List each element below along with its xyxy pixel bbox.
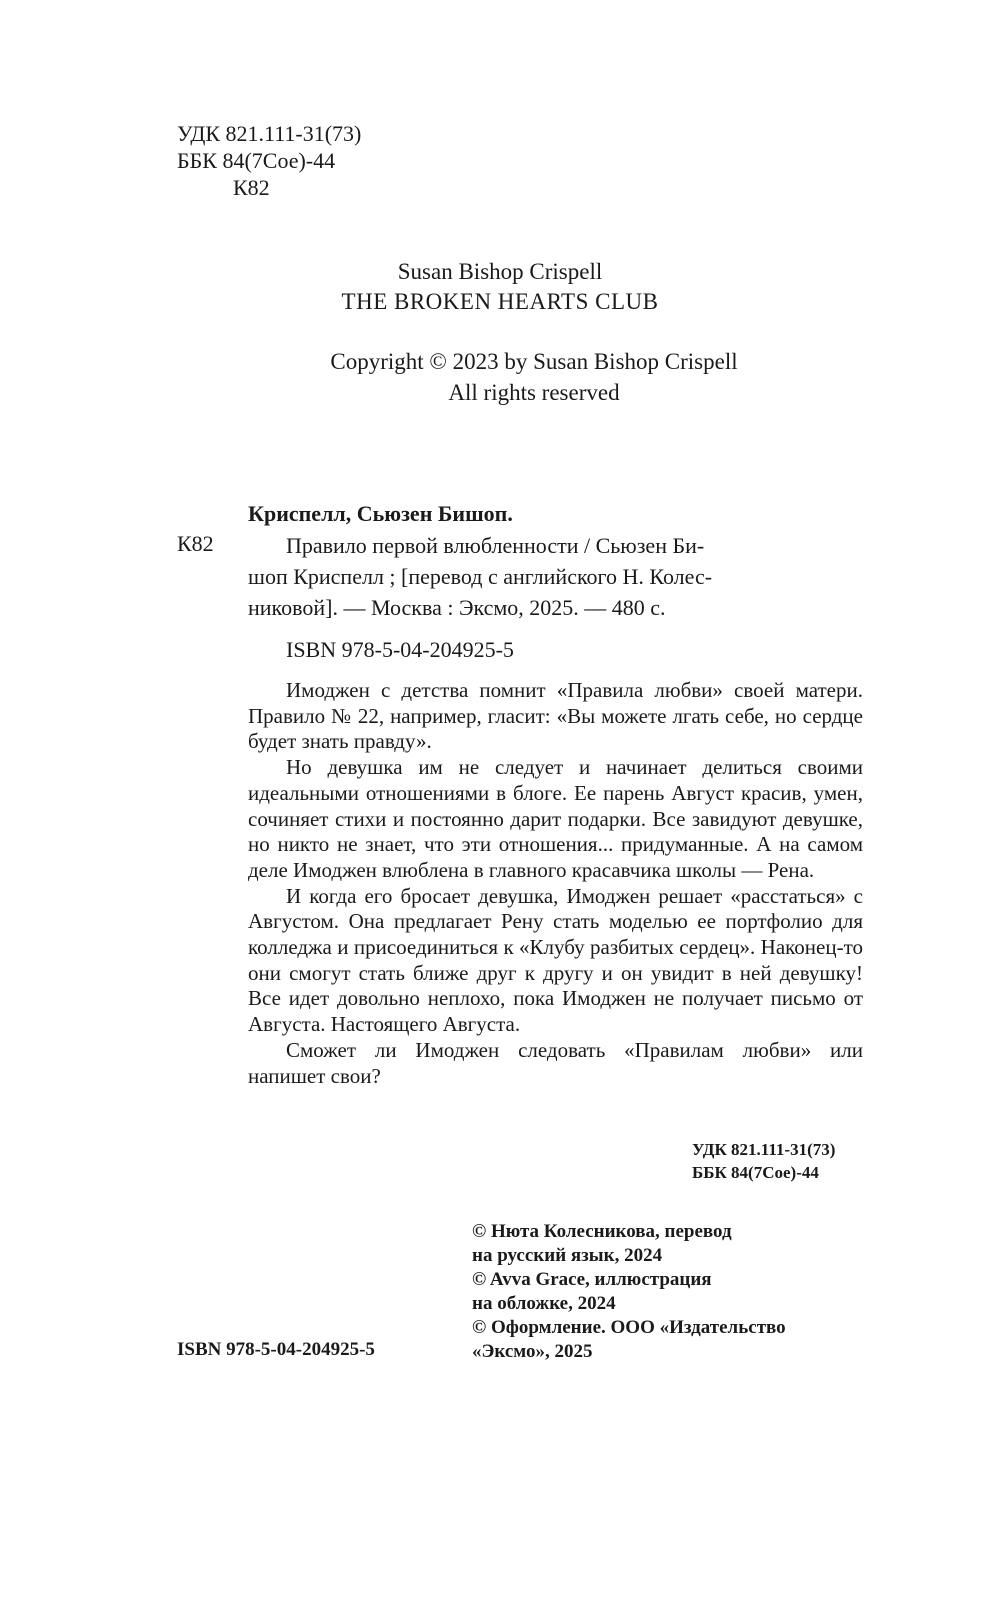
bbk-code: ББК 84(7Сое)-44 bbox=[177, 147, 361, 174]
annotation-paragraph: Но девушка им не следует и начинает дели… bbox=[248, 755, 863, 884]
bibliographic-description: Правило первой влюбленности / Сьюзен Би-… bbox=[248, 530, 863, 623]
author-mark: К82 bbox=[177, 174, 361, 201]
copyright-notice-line: на обложке, 2024 bbox=[496, 1292, 786, 1316]
copyright-notice-line: © Avva Grace, иллюстрация bbox=[496, 1268, 786, 1292]
original-title: THE BROKEN HEARTS CLUB bbox=[0, 287, 1000, 317]
udk-code-bottom: УДК 821.111-31(73) bbox=[692, 1138, 835, 1161]
annotation-paragraph: Сможет ли Имоджен следовать «Правилам лю… bbox=[248, 1038, 863, 1089]
bbk-code-bottom: ББК 84(7Сое)-44 bbox=[692, 1161, 835, 1184]
isbn-bottom: ISBN 978-5-04-204925-5 bbox=[177, 1338, 375, 1362]
original-copyright: Copyright © 2023 by Susan Bishop Crispel… bbox=[0, 346, 1000, 408]
copyright-line: Copyright © 2023 by Susan Bishop Crispel… bbox=[0, 346, 1000, 377]
copyright-notice-line: © Оформление. ООО «Издательство bbox=[496, 1316, 786, 1340]
copyright-notice-line: © Нюта Колесникова, перевод bbox=[496, 1220, 786, 1244]
classification-bottom: УДК 821.111-31(73) ББК 84(7Сое)-44 bbox=[692, 1138, 835, 1184]
annotation-paragraph: И когда его бросает девушка, Имоджен реш… bbox=[248, 884, 863, 1038]
udk-code: УДК 821.111-31(73) bbox=[177, 120, 361, 147]
bib-line: никовой]. — Москва : Эксмо, 2025. — 480 … bbox=[248, 592, 863, 623]
author-mark-side: К82 bbox=[177, 530, 214, 558]
copyright-notices: © Нюта Колесникова, перевод на русский я… bbox=[472, 1220, 786, 1364]
bib-line: шоп Криспелл ; [перевод с английского Н.… bbox=[248, 561, 863, 592]
rights-line: All rights reserved bbox=[0, 377, 1000, 408]
author-heading: Криспелл, Сьюзен Бишоп. bbox=[248, 500, 513, 528]
original-author: Susan Bishop Crispell bbox=[0, 257, 1000, 287]
copyright-notice-line: на русский язык, 2024 bbox=[496, 1244, 786, 1268]
isbn-record: ISBN 978-5-04-204925-5 bbox=[286, 636, 514, 664]
copyright-notice: © Оформление. ООО «Издательство «Эксмо»,… bbox=[472, 1316, 786, 1364]
annotation-paragraph: Имоджен с детства помнит «Правила любви»… bbox=[248, 678, 863, 755]
bib-line: Правило первой влюбленности / Сьюзен Би- bbox=[248, 530, 863, 561]
classification-top: УДК 821.111-31(73) ББК 84(7Сое)-44 К82 bbox=[177, 120, 361, 201]
copyright-notice-line: «Эксмо», 2025 bbox=[496, 1340, 786, 1364]
copyright-notice: © Avva Grace, иллюстрация на обложке, 20… bbox=[472, 1268, 786, 1316]
copyright-notice: © Нюта Колесникова, перевод на русский я… bbox=[472, 1220, 786, 1268]
original-edition: Susan Bishop Crispell THE BROKEN HEARTS … bbox=[0, 257, 1000, 317]
annotation: Имоджен с детства помнит «Правила любви»… bbox=[248, 678, 863, 1089]
